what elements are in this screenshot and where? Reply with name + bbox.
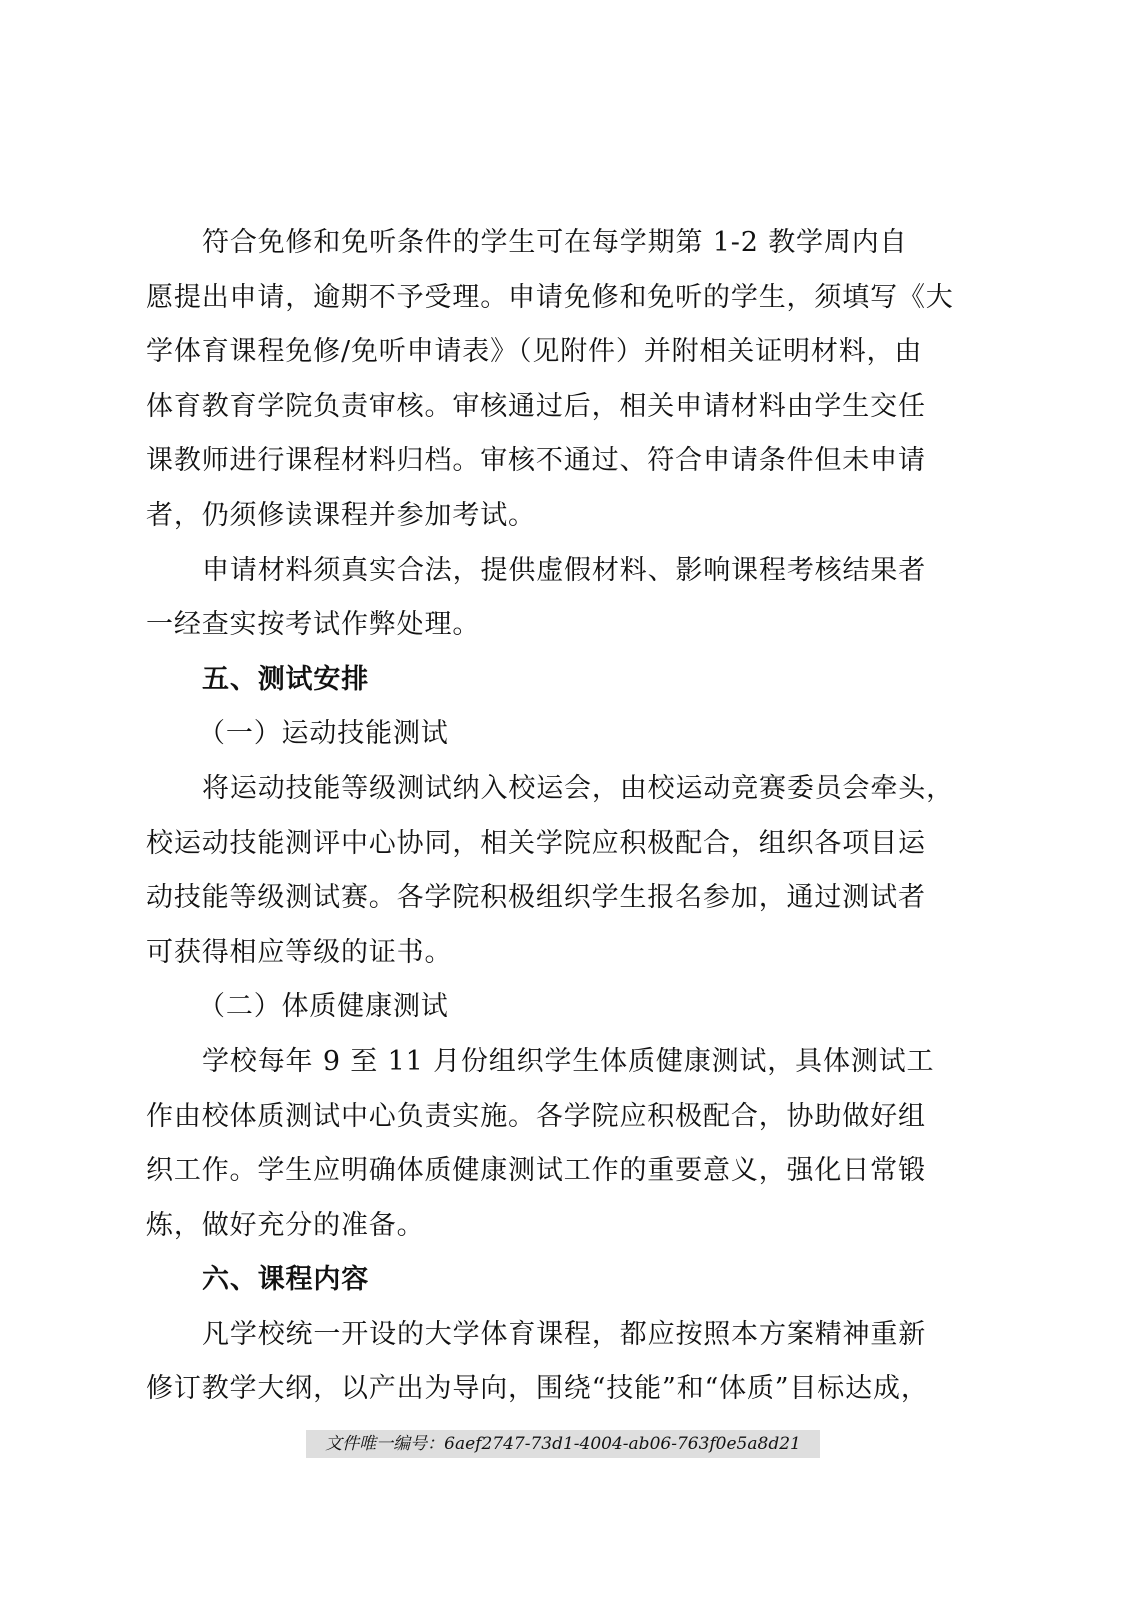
paragraph: 学校每年 9 至 11 月份组织学生体质健康测试，具体测试工 作由校体质测试中心… <box>146 1035 982 1253</box>
section-heading-test-arrangement: 五、测试安排 <box>146 653 982 708</box>
text-line: 体育教育学院负责审核。审核通过后，相关申请材料由学生交任 <box>146 380 982 435</box>
subsection-heading-skill-test: （一）运动技能测试 <box>146 707 982 762</box>
text-line: 愿提出申请，逾期不予受理。申请免修和免听的学生，须填写《大 <box>146 271 982 326</box>
text-line: 一经查实按考试作弊处理。 <box>146 598 982 653</box>
paragraph: 符合免修和免听条件的学生可在每学期第 1-2 教学周内自 愿提出申请，逾期不予受… <box>146 216 982 544</box>
document-id-value: 6aef2747-73d1-4004-ab06-763f0e5a8d21 <box>444 1434 801 1454</box>
text-line: 动技能等级测试赛。各学院积极组织学生报名参加，通过测试者 <box>146 871 982 926</box>
text-line: 织工作。学生应明确体质健康测试工作的重要意义，强化日常锻 <box>146 1144 982 1199</box>
text-line: 凡学校统一开设的大学体育课程，都应按照本方案精神重新 <box>146 1308 982 1363</box>
text-line: 课教师进行课程材料归档。审核不通过、符合申请条件但未申请 <box>146 434 982 489</box>
text-line: 符合免修和免听条件的学生可在每学期第 1-2 教学周内自 <box>146 216 982 271</box>
section-heading-course-content: 六、课程内容 <box>146 1253 982 1308</box>
paragraph: 申请材料须真实合法，提供虚假材料、影响课程考核结果者 一经查实按考试作弊处理。 <box>146 544 982 653</box>
text-line: 校运动技能测评中心协同，相关学院应积极配合，组织各项目运 <box>146 817 982 872</box>
text-line: 申请材料须真实合法，提供虚假材料、影响课程考核结果者 <box>146 544 982 599</box>
text-line: 学校每年 9 至 11 月份组织学生体质健康测试，具体测试工 <box>146 1035 982 1090</box>
text-line: 炼，做好充分的准备。 <box>146 1199 982 1254</box>
text-line: 将运动技能等级测试纳入校运会，由校运动竞赛委员会牵头， <box>146 762 982 817</box>
text-line: 作由校体质测试中心负责实施。各学院应积极配合，协助做好组 <box>146 1090 982 1145</box>
subsection-heading-fitness-test: （二）体质健康测试 <box>146 980 982 1035</box>
document-id-label: 文件唯一编号： <box>325 1434 444 1454</box>
text-line: 可获得相应等级的证书。 <box>146 926 982 981</box>
document-page: 符合免修和免听条件的学生可在每学期第 1-2 教学周内自 愿提出申请，逾期不予受… <box>146 216 982 1417</box>
paragraph: 将运动技能等级测试纳入校运会，由校运动竞赛委员会牵头， 校运动技能测评中心协同，… <box>146 762 982 980</box>
text-line: 修订教学大纲，以产出为导向，围绕“技能”和“体质”目标达成， <box>146 1362 982 1417</box>
text-line: 学体育课程免修/免听申请表》（见附件）并附相关证明材料，由 <box>146 325 982 380</box>
paragraph: 凡学校统一开设的大学体育课程，都应按照本方案精神重新 修订教学大纲，以产出为导向… <box>146 1308 982 1417</box>
text-line: 者，仍须修读课程并参加考试。 <box>146 489 982 544</box>
document-id-footer: 文件唯一编号：6aef2747-73d1-4004-ab06-763f0e5a8… <box>306 1430 820 1458</box>
